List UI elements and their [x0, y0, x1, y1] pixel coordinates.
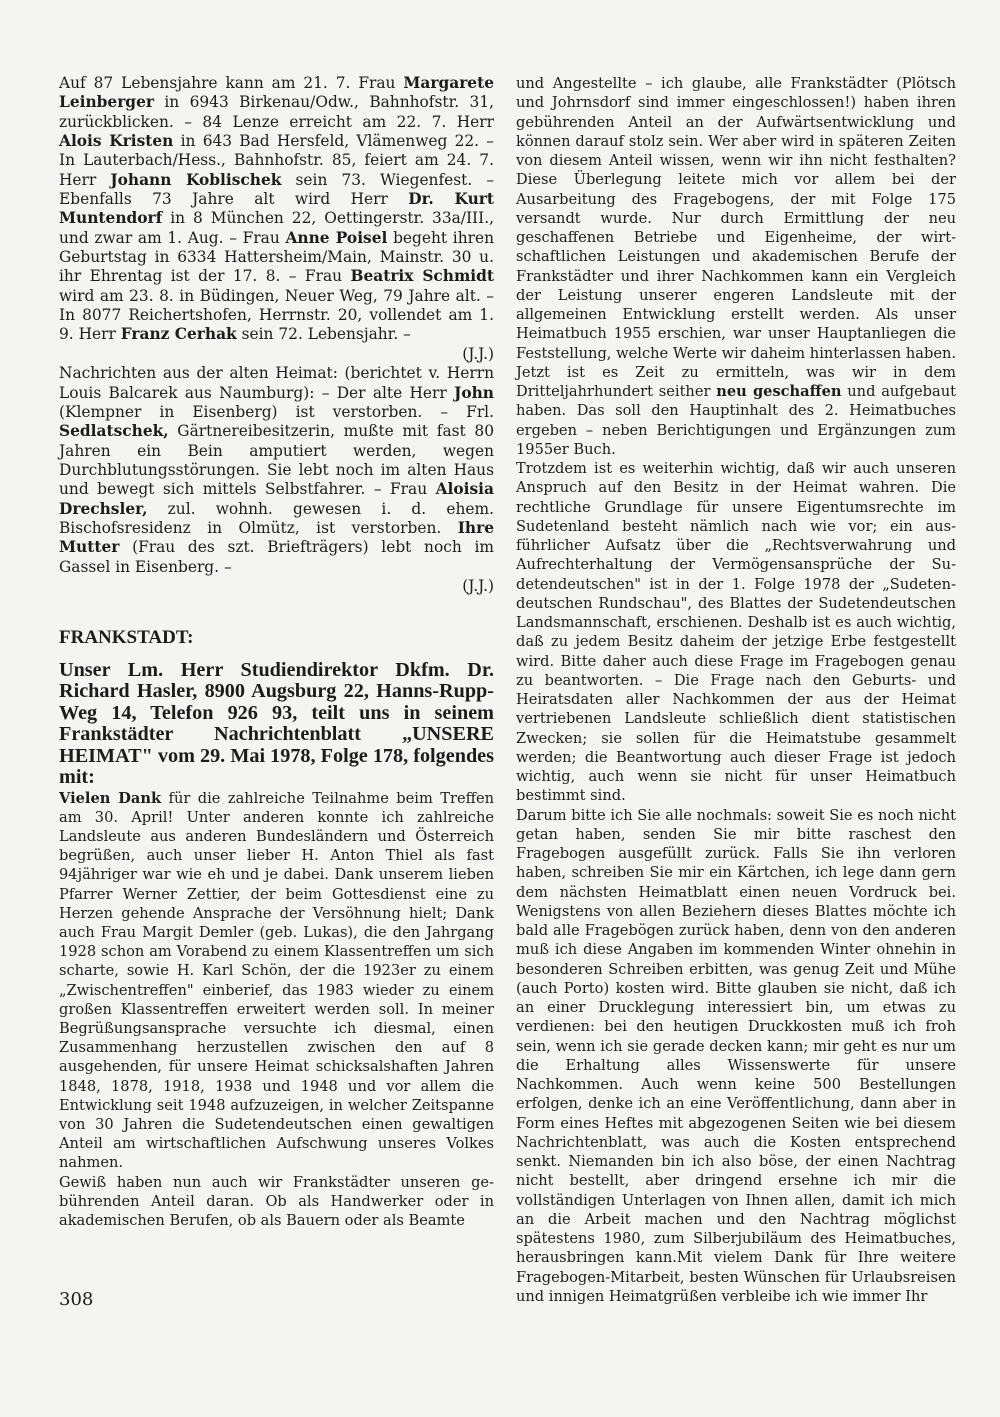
- text: Nachrichten aus der alten Heimat: (beric…: [59, 364, 494, 401]
- text: (Frau des szt. Briefträgers) lebt noch i…: [59, 538, 494, 575]
- emphasis: neu geschaffen: [716, 383, 841, 400]
- letter-paragraph: und Angestellte – ich glaube, alle Frank…: [516, 74, 956, 459]
- text: Auf 87 Lebensjahre kann am 21. 7. Frau: [59, 74, 403, 92]
- right-column: und Angestellte – ich glaube, alle Frank…: [516, 74, 956, 1306]
- news-paragraph: Nachrichten aus der alten Heimat: (beric…: [59, 364, 494, 577]
- signature: (J.J.): [59, 577, 494, 596]
- person-name: Anne Poisel: [285, 229, 387, 247]
- text: für die zahlreiche Teilnahme beim Treffe…: [59, 790, 494, 1172]
- left-column: Auf 87 Lebensjahre kann am 21. 7. Frau M…: [59, 74, 494, 1230]
- intro-paragraph: Unser Lm. Herr Studiendirektor Dkfm. Dr.…: [59, 660, 494, 789]
- text: (Klempner in Eisenberg) ist verstor­ben.…: [59, 403, 494, 421]
- person-name: John: [454, 384, 494, 402]
- emphasis: Vielen Dank: [59, 790, 161, 807]
- person-name: Sedlatschek,: [59, 422, 169, 440]
- letter-paragraph: Vielen Dank für die zahlreiche Teilnahme…: [59, 789, 494, 1173]
- document-page: Auf 87 Lebensjahre kann am 21. 7. Frau M…: [0, 0, 1000, 1417]
- text: und Angestellte – ich glaube, alle Frank…: [516, 75, 956, 400]
- signature: (J.J.): [59, 345, 494, 364]
- letter-paragraph: Darum bitte ich Sie alle nochmals: sowei…: [516, 806, 956, 1307]
- section-heading: FRANKSTADT:: [59, 628, 494, 647]
- page-number: 308: [59, 1289, 93, 1310]
- person-name: Franz Cerhak: [121, 325, 237, 343]
- letter-paragraph: Gewiß haben nun auch wir Frankstädter un…: [59, 1173, 494, 1231]
- person-name: Johann Koblischek: [110, 171, 281, 189]
- text: sein 72. Lebensjahr. –: [237, 325, 411, 343]
- birthday-paragraph: Auf 87 Lebensjahre kann am 21. 7. Frau M…: [59, 74, 494, 345]
- person-name: Beatrix Schmidt: [350, 267, 494, 285]
- letter-paragraph: Trotzdem ist es weiterhin wichtig, daß w…: [516, 459, 956, 806]
- person-name: Alois Kristen: [59, 132, 173, 150]
